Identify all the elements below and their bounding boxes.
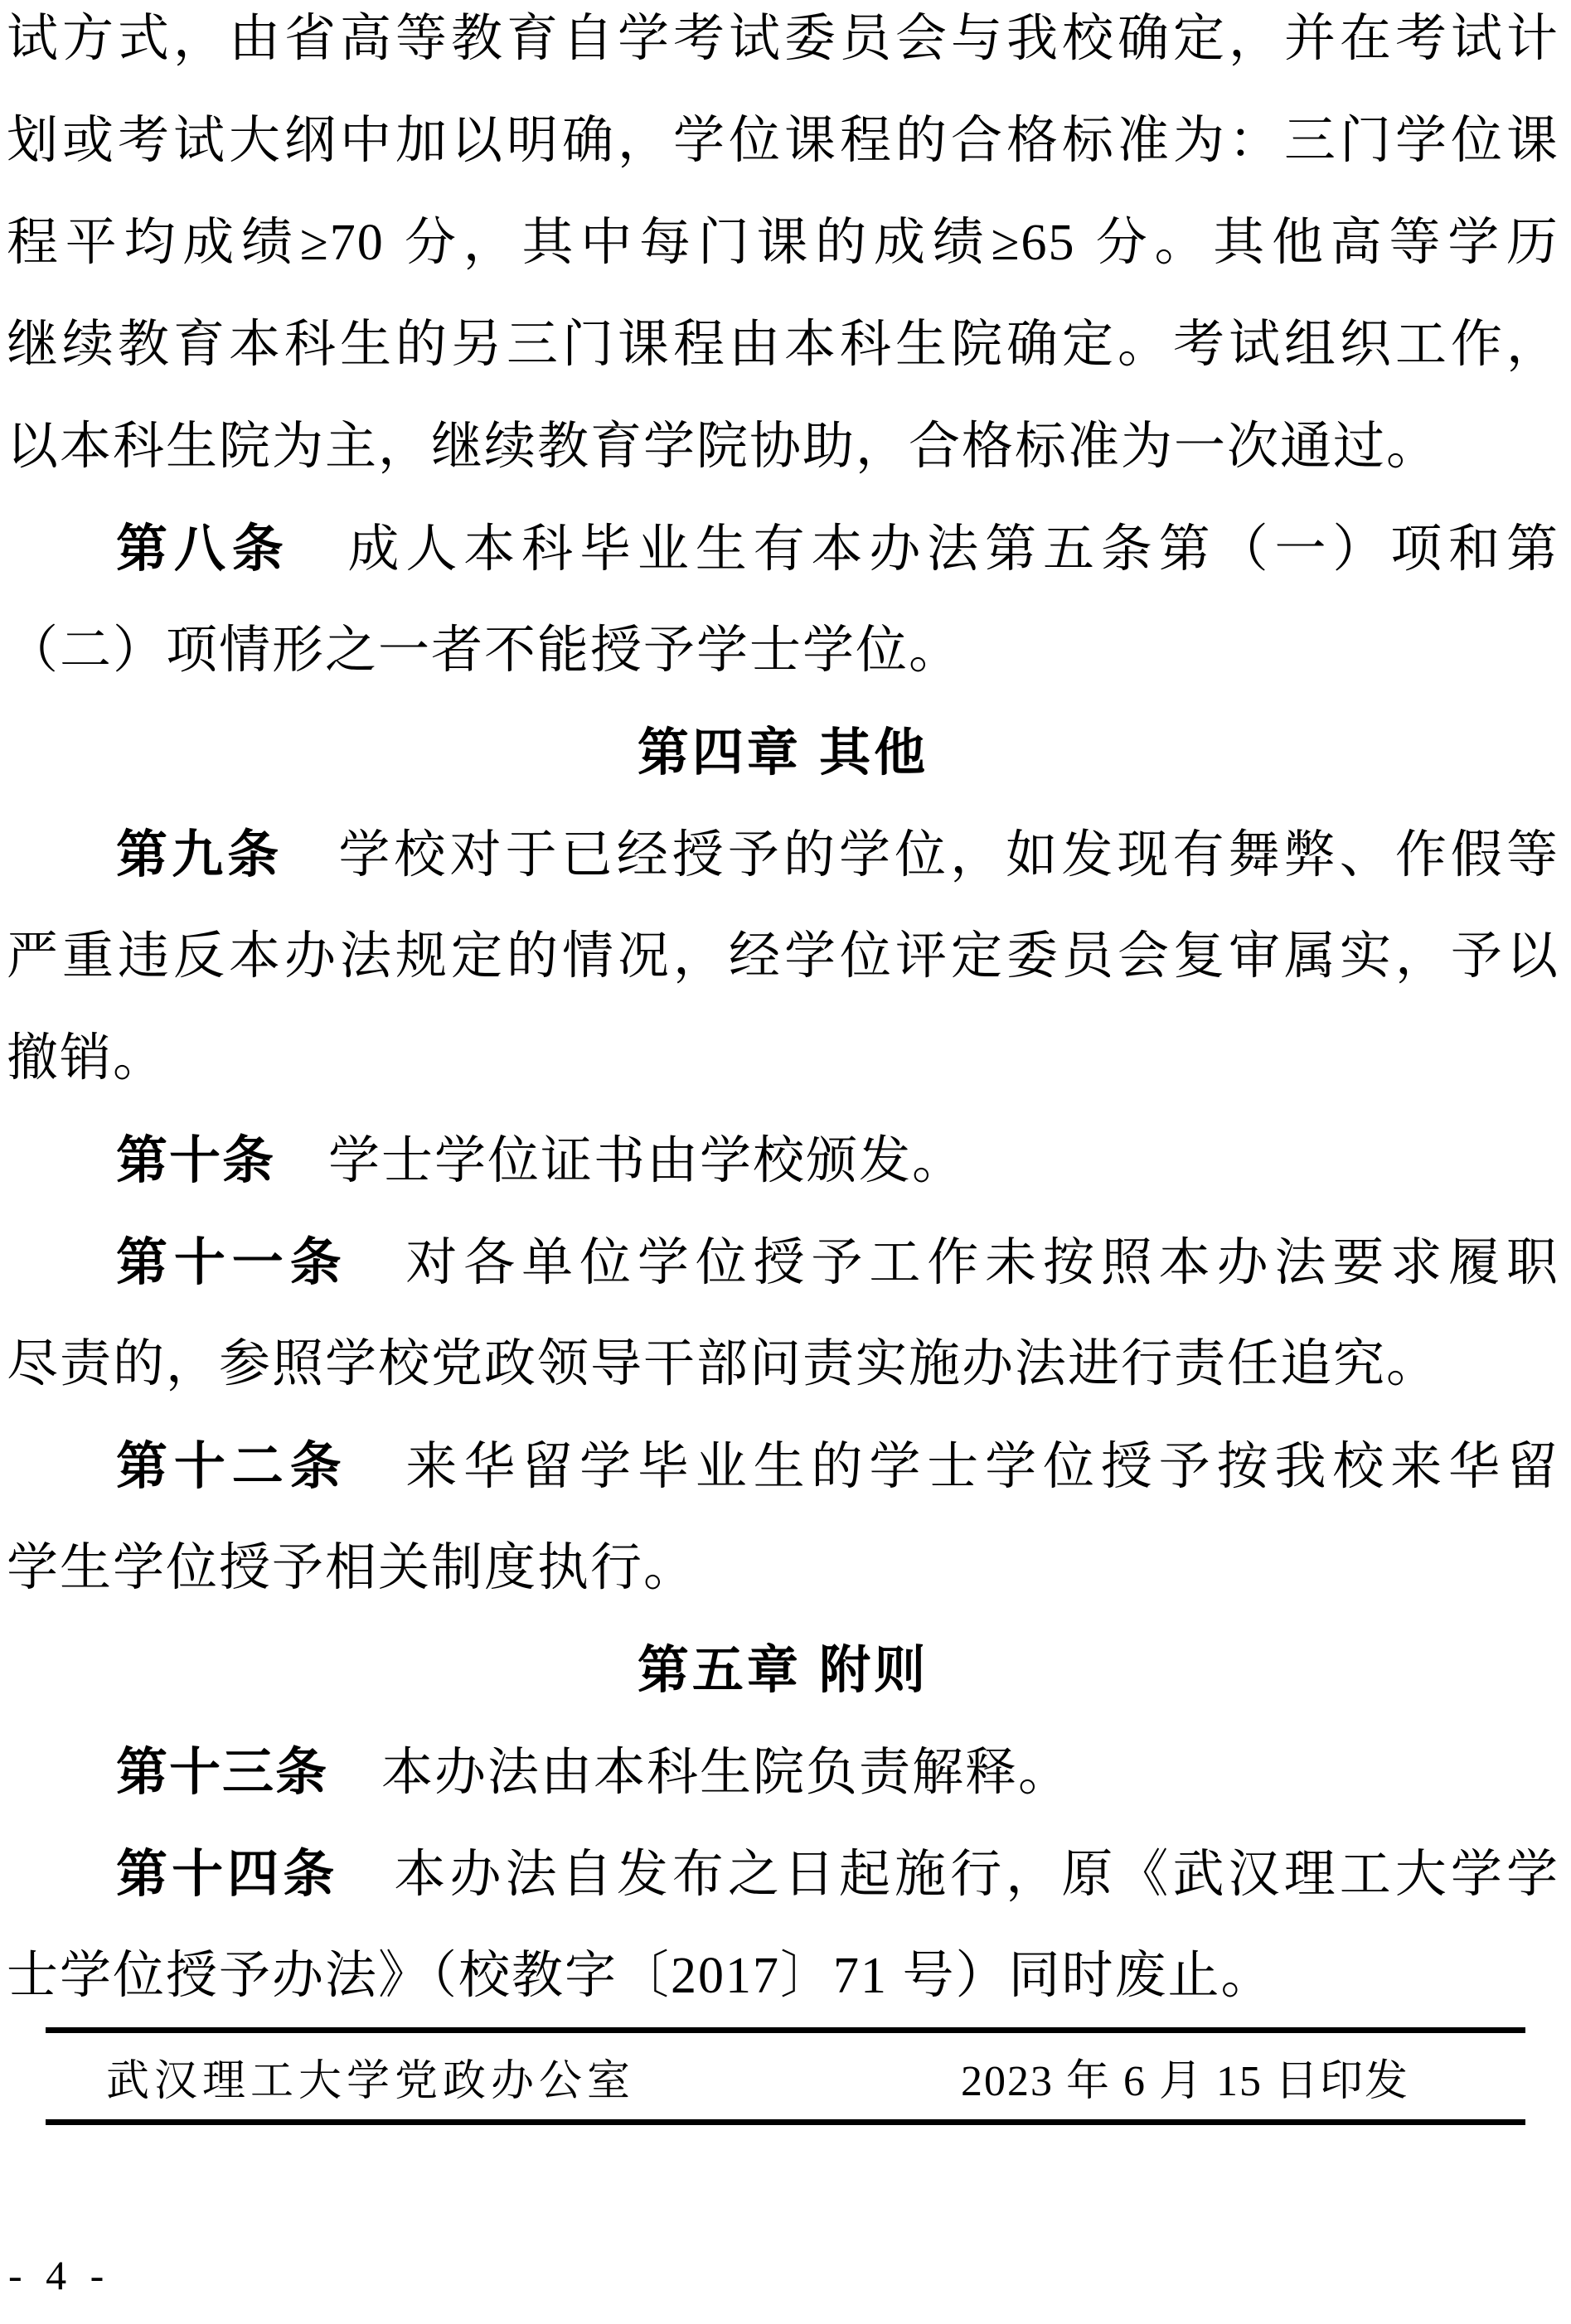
footer-rule-block: 武汉理工大学党政办公室 2023 年 6 月 15 日印发 (46, 2027, 1525, 2125)
article-number: 第十二条 (116, 1438, 348, 1495)
article-number: 第十三条 (116, 1744, 328, 1801)
article-number: 第九条 (116, 826, 283, 884)
text-line: 士学位授予办法》（校教字〔2017〕71 号）同时废止。 (7, 1925, 1559, 2027)
chapter-heading: 第五章 附则 (7, 1620, 1559, 1721)
text-line: 第十二条 来华留学毕业生的学士学位授予按我校来华留 (7, 1416, 1559, 1518)
text-line: 划或考试大纲中加以明确，学位课程的合格标准为：三门学位课 (7, 90, 1559, 192)
article-number: 第十四条 (116, 1846, 338, 1903)
text-line: 试方式，由省高等教育自学考试委员会与我校确定，并在考试计 (7, 0, 1559, 90)
text-line: 学生学位授予相关制度执行。 (7, 1518, 1559, 1620)
article-number: 第八条 (116, 520, 290, 578)
text-line: 尽责的，参照学校党政领导干部问责实施办法进行责任追究。 (7, 1314, 1559, 1416)
text-line: 第九条 学校对于已经授予的学位，如发现有舞弊、作假等 (7, 804, 1559, 906)
text-line: 严重违反本办法规定的情况，经学位评定委员会复审属实，予以 (7, 906, 1559, 1008)
text-line: 程平均成绩≥70 分，其中每门课的成绩≥65 分。其他高等学历 (7, 192, 1559, 294)
article-number: 第十条 (116, 1132, 275, 1189)
text-line: 第十三条 本办法由本科生院负责解释。 (7, 1721, 1559, 1823)
text-line: 第八条 成人本科毕业生有本办法第五条第（一）项和第 (7, 498, 1559, 600)
text-line: 以本科生院为主，继续教育学院协助，合格标准为一次通过。 (7, 396, 1559, 498)
text-line: 第十四条 本办法自发布之日起施行，原《武汉理工大学学 (7, 1823, 1559, 1925)
document-page: 试方式，由省高等教育自学考试委员会与我校确定，并在考试计划或考试大纲中加以明确，… (0, 0, 1571, 2312)
page-number: - 4 - (8, 2251, 1571, 2299)
text-line: 撤销。 (7, 1008, 1559, 1110)
text-line: 第十一条 对各单位学位授予工作未按照本办法要求履职 (7, 1212, 1559, 1314)
text-line: 继续教育本科生的另三门课程由本科生院确定。考试组织工作， (7, 294, 1559, 396)
article-number: 第十一条 (116, 1234, 348, 1291)
text-line: （二）项情形之一者不能授予学士学位。 (7, 600, 1559, 702)
chapter-heading: 第四章 其他 (7, 702, 1559, 804)
footer-issuer-text: 武汉理工大学党政办公室 (106, 2046, 635, 2108)
footer-print-date: 2023 年 6 月 15 日印发 (961, 2046, 1409, 2108)
document-body: 试方式，由省高等教育自学考试委员会与我校确定，并在考试计划或考试大纲中加以明确，… (0, 0, 1571, 2027)
text-line: 第十条 学士学位证书由学校颁发。 (7, 1110, 1559, 1212)
